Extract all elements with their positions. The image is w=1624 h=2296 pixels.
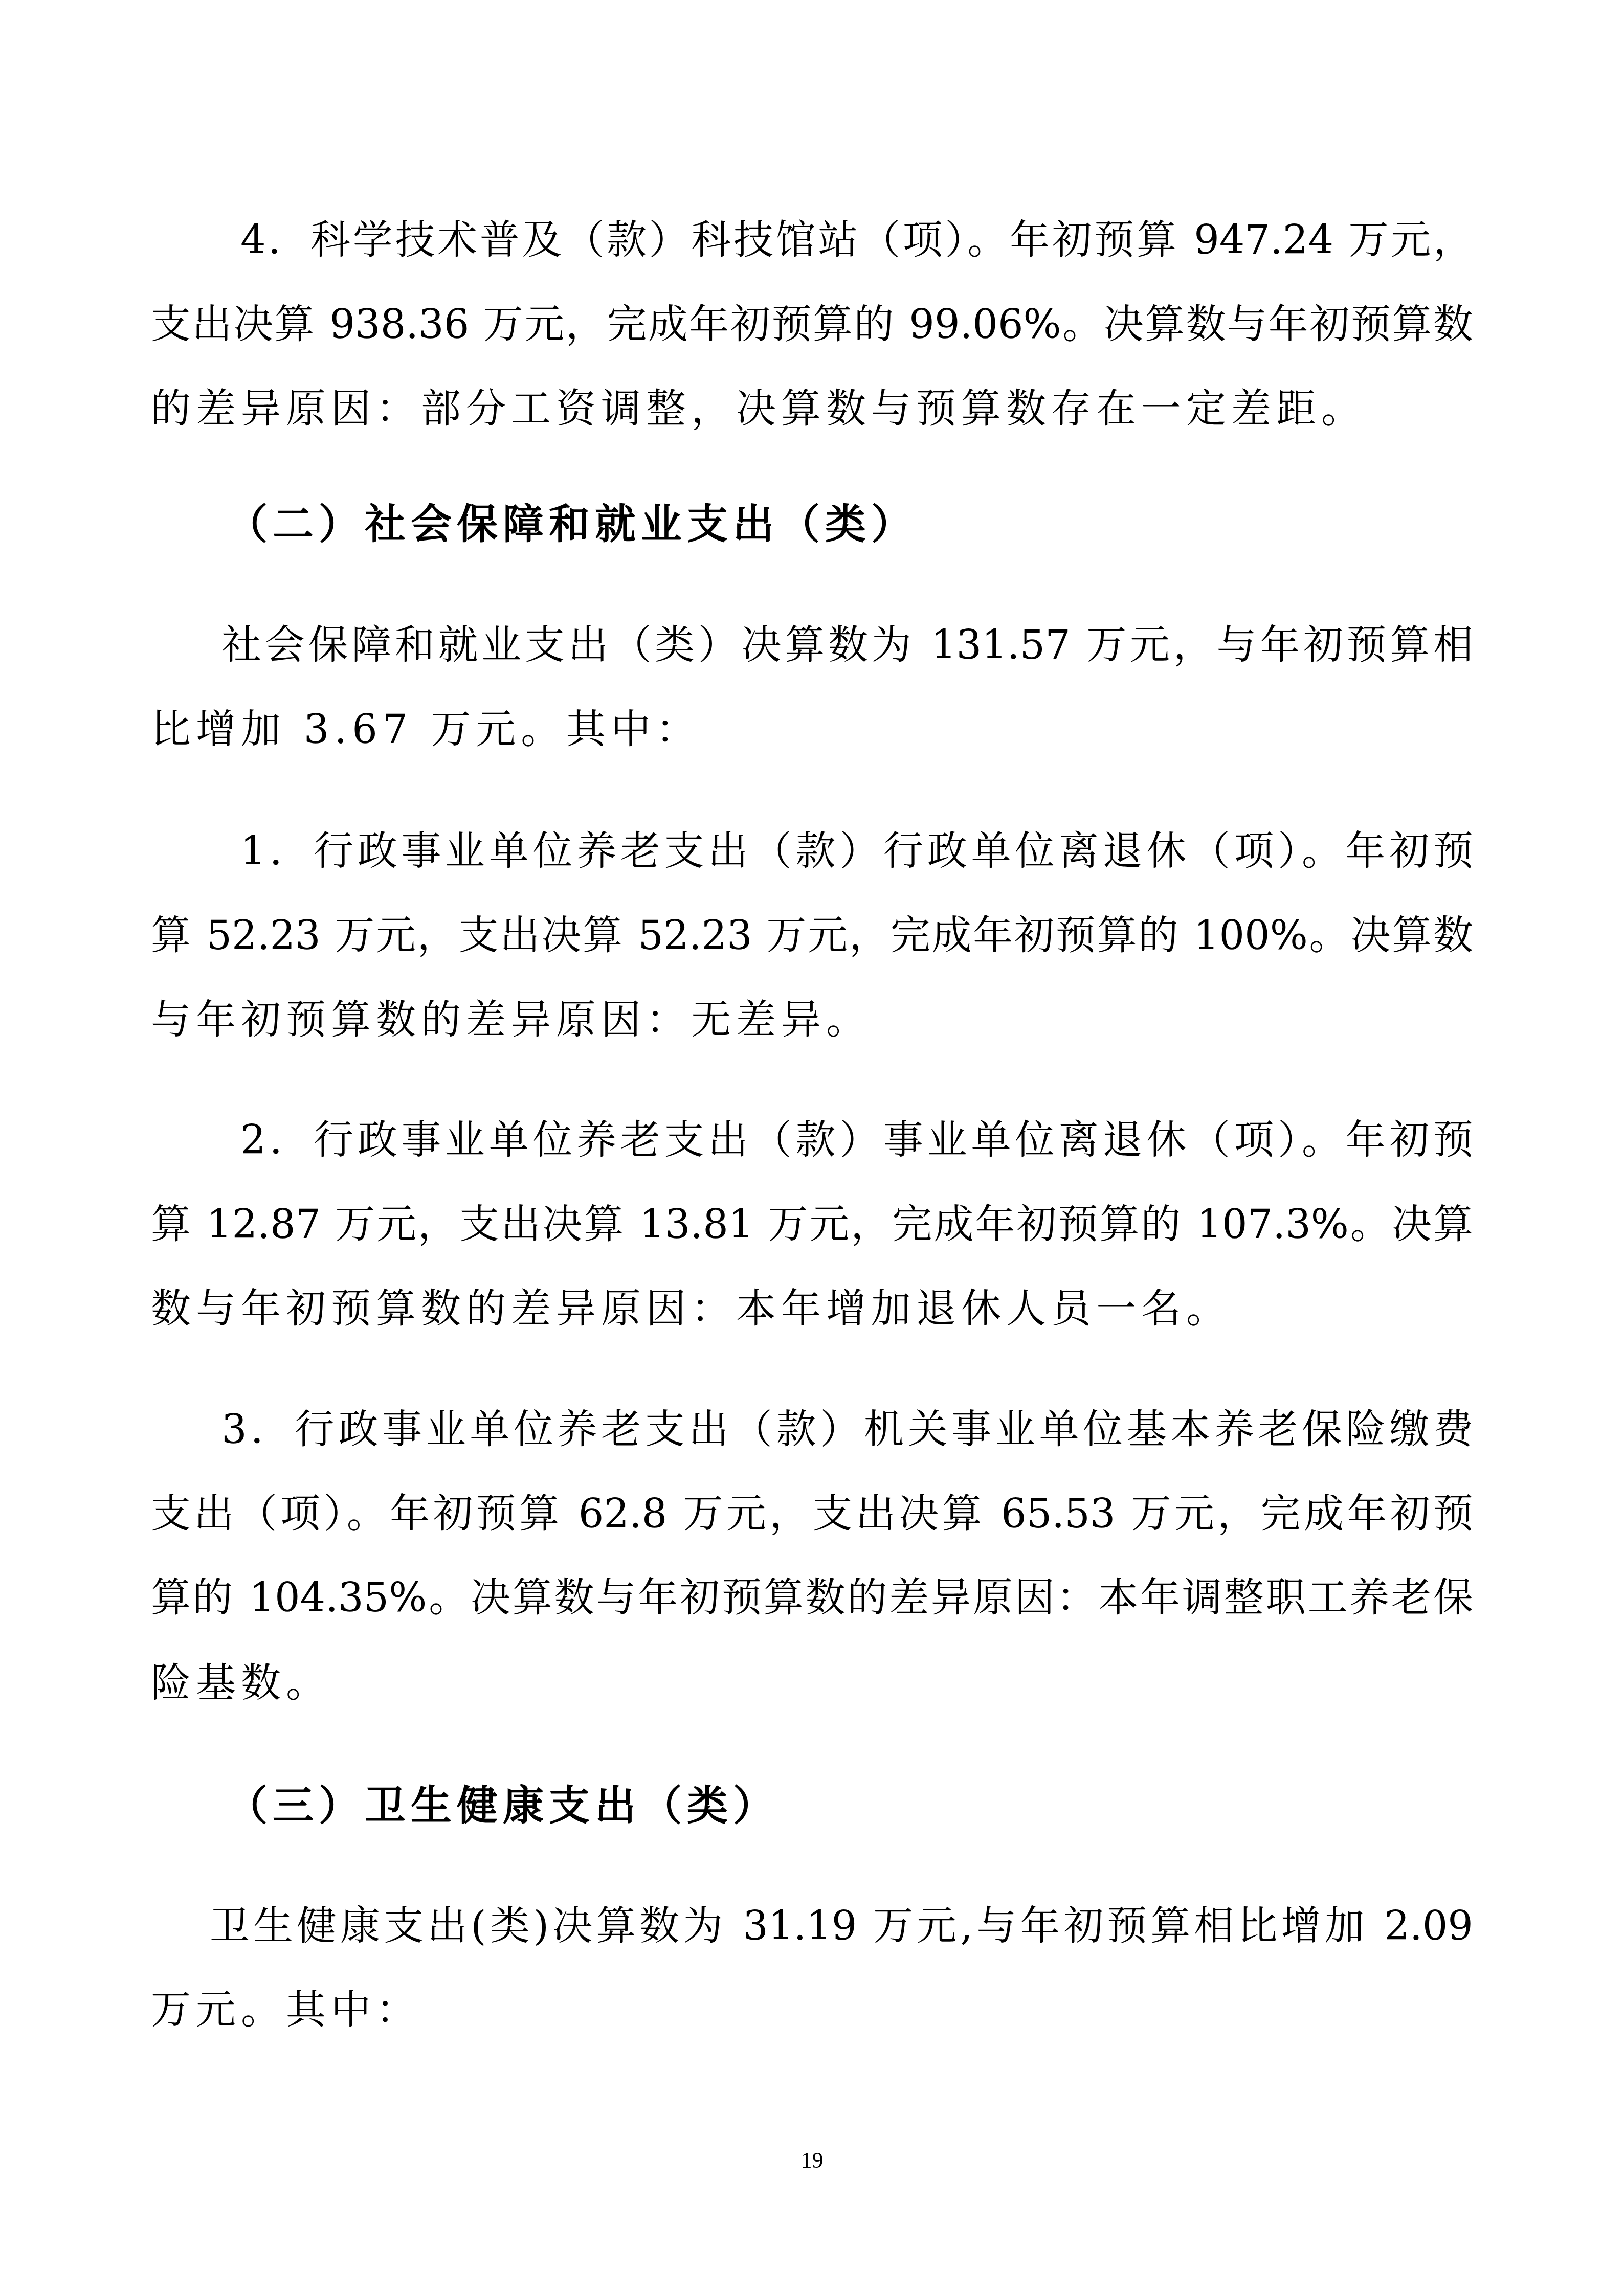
- paragraph-line: 数与年初预算数的差异原因：本年增加退休人员一名。: [151, 1281, 1473, 1337]
- paragraph-line: 卫生健康支出(类)决算数为 31.19 万元,与年初预算相比增加 2.09: [210, 1898, 1473, 1954]
- paragraph-line: 支出（项）。年初预算 62.8 万元，支出决算 65.53 万元，完成年初预: [151, 1486, 1473, 1542]
- paragraph-line: 社会保障和就业支出（类）决算数为 131.57 万元，与年初预算相: [221, 617, 1473, 673]
- paragraph-line: 1．行政事业单位养老支出（款）行政单位离退休（项）。年初预: [240, 823, 1473, 880]
- page-number: 19: [0, 2145, 1624, 2176]
- section-heading-social-security: （二）社会保障和就业支出（类）: [227, 496, 917, 552]
- paragraph-line: 万元。其中：: [151, 1982, 1473, 2038]
- paragraph-line: 支出决算 938.36 万元，完成年初预算的 99.06%。决算数与年初预算数: [151, 297, 1473, 353]
- paragraph-line: 的差异原因：部分工资调整，决算数与预算数存在一定差距。: [151, 381, 1473, 437]
- paragraph-line: 3．行政事业单位养老支出（款）机关事业单位基本养老保险缴费: [221, 1402, 1473, 1458]
- paragraph-line: 算 12.87 万元，支出决算 13.81 万元，完成年初预算的 107.3%。…: [151, 1197, 1473, 1253]
- paragraph-line: 4．科学技术普及（款）科技馆站（项）。年初预算 947.24 万元，: [240, 212, 1473, 268]
- section-heading-health: （三）卫生健康支出（类）: [227, 1777, 779, 1834]
- paragraph-line: 与年初预算数的差异原因：无差异。: [151, 992, 1473, 1048]
- paragraph-line: 算的 104.35%。决算数与年初预算数的差异原因：本年调整职工养老保: [151, 1570, 1473, 1626]
- paragraph-line: 险基数。: [151, 1655, 1473, 1712]
- paragraph-line: 比增加 3.67 万元。其中：: [151, 702, 1473, 758]
- paragraph-line: 2．行政事业单位养老支出（款）事业单位离退休（项）。年初预: [240, 1112, 1473, 1168]
- document-page: 4．科学技术普及（款）科技馆站（项）。年初预算 947.24 万元， 支出决算 …: [0, 0, 1624, 2296]
- paragraph-line: 算 52.23 万元，支出决算 52.23 万元，完成年初预算的 100%。决算…: [151, 908, 1473, 964]
